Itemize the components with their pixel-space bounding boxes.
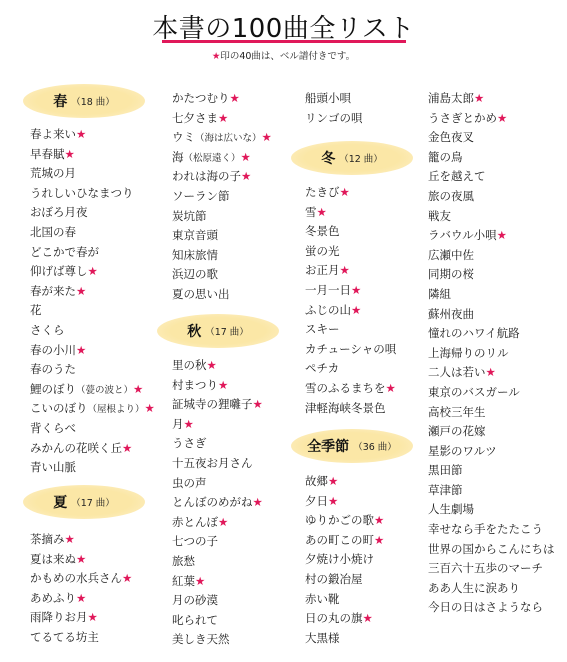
song-item: たきび★ [305,183,396,203]
star-icon: ★ [122,571,132,585]
song-list-autumn: 里の秋★村まつり★証城寺の狸囃子★月★うさぎ十五夜お月さん虫の声とんぼのめがね★… [172,356,263,650]
song-item: かたつむり★ [172,89,272,109]
song-title: 故郷 [305,474,328,488]
song-item: 十五夜お月さん [172,454,263,474]
song-item: 黒田節 [428,461,555,481]
song-item: 夏は来ぬ★ [30,550,132,570]
song-item: 蛍の光 [305,242,396,262]
song-item: 広瀬中佐 [428,246,555,266]
song-title: 鯉のぼり [30,382,76,396]
song-title: 東京音頭 [172,228,218,242]
song-title: 村の鍛冶屋 [305,572,363,586]
song-item: 春よ来い★ [30,125,155,145]
song-item: どこかで春が [30,243,155,263]
song-item: 蘇州夜曲 [428,305,555,325]
star-icon: ★ [195,574,205,588]
song-item: 荒城の月 [30,164,155,184]
song-list-autumn-cont: 船頭小唄リンゴの唄 [305,89,363,128]
song-title: かもめの水兵さん [30,571,122,585]
song-item: 青い山脈 [30,458,155,478]
song-title: おぼろ月夜 [30,205,88,219]
section-count: （18 曲） [71,94,115,108]
song-title: 高校三年生 [428,405,486,419]
song-item: 二人は若い★ [428,363,555,383]
song-item: さくら [30,321,155,341]
star-icon: ★ [328,494,338,508]
song-item: ソーラン節 [172,187,272,207]
song-item: ふじの山★ [305,301,396,321]
song-title: 黒田節 [428,463,463,477]
star-icon: ★ [76,343,86,357]
star-icon: ★ [241,169,251,183]
song-list-all-seasons-1: 故郷★夕日★ゆりかごの歌★あの町この町★夕焼け小焼け村の鍛冶屋赤い靴日の丸の旗★… [305,472,384,648]
song-title: 紅葉 [172,574,195,588]
star-icon: ★ [88,610,98,624]
song-item: 証城寺の狸囃子★ [172,395,263,415]
song-item: 仰げば尊し★ [30,262,155,282]
song-item: かもめの水兵さん★ [30,569,132,589]
song-item: 里の秋★ [172,356,263,376]
song-item: 人生劇場 [428,500,555,520]
song-title: 炭坑節 [172,209,207,223]
star-icon: ★ [474,91,484,105]
song-title: 広瀬中佐 [428,248,474,262]
song-item: あめふり★ [30,589,132,609]
song-title: 星影のワルツ [428,444,497,458]
star-icon: ★ [328,474,338,488]
song-title: 浜辺の歌 [172,267,218,281]
song-item: リンゴの唄 [305,109,363,129]
song-title: 美しき天然 [172,632,230,646]
star-icon: ★ [340,185,350,199]
song-title: うさぎ [172,436,207,450]
song-item: 津軽海峡冬景色 [305,399,396,419]
song-title: ああ人生に涙あり [428,581,520,595]
song-title: 旅愁 [172,554,195,568]
song-item: お正月★ [305,261,396,281]
song-title: 三百六十五歩のマーチ [428,561,543,575]
song-item: 夕焼け小焼け [305,550,384,570]
song-title: 知床旅情 [172,248,218,262]
song-title: うさぎとかめ [428,111,497,125]
song-item: 旅の夜風 [428,187,555,207]
legend-text: 印の40曲は、ベル譜付きです。 [220,51,355,62]
star-icon: ★ [133,382,143,396]
song-title: 背くらべ [30,421,76,435]
song-title: 雪のふるまちを [305,381,386,395]
star-icon: ★ [241,150,251,164]
song-title: 金色夜叉 [428,130,474,144]
star-icon: ★ [351,283,361,297]
song-title: 夕焼け小焼け [305,552,374,566]
song-title: 旅の夜風 [428,189,474,203]
song-title: 春よ来い [30,127,76,141]
section-count: （17 曲） [205,324,249,338]
song-title: 冬景色 [305,224,340,238]
song-item: 背くらべ [30,419,155,439]
song-title: 花 [30,303,42,317]
section-label: 春 [53,91,67,111]
section-badge-autumn: 秋（17 曲） [157,314,279,348]
song-title: 夏は来ぬ [30,552,76,566]
song-title: 東京のバスガール [428,385,520,399]
song-title: 春のうた [30,362,76,376]
song-title: 蘇州夜曲 [428,307,474,321]
song-title: ラバウル小唄 [428,228,497,242]
song-title: 一月一日 [305,283,351,297]
song-title: 雨降りお月 [30,610,88,624]
song-item: 月の砂漠 [172,591,263,611]
song-title: 叱られて [172,613,218,627]
song-item: 七夕さま★ [172,109,272,129]
song-title: 津軽海峡冬景色 [305,401,386,415]
song-item: あの町この町★ [305,531,384,551]
song-item: みかんの花咲く丘★ [30,439,155,459]
song-title: われは海の子 [172,169,241,183]
song-item: うれしいひなまつり [30,184,155,204]
song-item: おぼろ月夜 [30,203,155,223]
song-title: 赤とんぼ [172,515,218,529]
song-title: 月 [172,417,184,431]
song-title: うれしいひなまつり [30,186,134,200]
song-item: 春のうた [30,360,155,380]
song-title: お正月 [305,263,340,277]
song-item: 夏の思い出 [172,285,272,305]
section-badge-summer: 夏（17 曲） [23,485,145,519]
song-title: 浦島太郎 [428,91,474,105]
song-item: カチューシャの唄 [305,340,396,360]
song-item: とんぼのめがね★ [172,493,263,513]
song-title: 二人は若い [428,365,486,379]
star-icon: ★ [76,127,86,141]
song-item: うさぎとかめ★ [428,109,555,129]
song-title: 夏の思い出 [172,287,230,301]
song-item: 世界の国からこんにちは [428,540,555,560]
star-icon: ★ [317,205,327,219]
song-item: こいのぼり（屋根より）★ [30,399,155,419]
section-label: 夏 [53,492,67,512]
song-title: 丘を越えて [428,169,486,183]
song-title: 籠の鳥 [428,150,463,164]
song-item: 旅愁 [172,552,263,572]
song-title: リンゴの唄 [305,111,363,125]
song-item: 同期の桜 [428,265,555,285]
song-title: 七つの子 [172,534,218,548]
section-label: 全季節 [307,436,349,456]
star-icon: ★ [76,591,86,605]
song-item: 上海帰りのリル [428,344,555,364]
song-list-summer-1: 茶摘み★夏は来ぬ★かもめの水兵さん★あめふり★雨降りお月★てるてる坊主 [30,530,132,648]
song-item: 浦島太郎★ [428,89,555,109]
star-icon: ★ [218,111,228,125]
star-icon: ★ [65,532,75,546]
song-item: ペチカ [305,359,396,379]
song-title: 瀬戸の花嫁 [428,424,486,438]
song-list-all-seasons-2: 浦島太郎★うさぎとかめ★金色夜叉籠の鳥丘を越えて旅の夜風戦友ラバウル小唄★広瀬中… [428,89,555,618]
song-item: 戦友 [428,207,555,227]
song-item: ゆりかごの歌★ [305,511,384,531]
song-title: 夕日 [305,494,328,508]
song-item: 雪★ [305,203,396,223]
song-item: 瀬戸の花嫁 [428,422,555,442]
song-item: スキー [305,320,396,340]
star-icon: ★ [374,533,384,547]
star-icon: ★ [207,358,217,372]
song-item: 今日の日はさようなら [428,598,555,618]
song-title: 世界の国からこんにちは [428,542,555,556]
song-subtitle: （甍の波と） [76,385,133,396]
star-icon: ★ [351,303,361,317]
song-item: 幸せなら手をたたこう [428,520,555,540]
star-icon: ★ [230,91,240,105]
song-title: 証城寺の狸囃子 [172,397,253,411]
song-item: ラバウル小唄★ [428,226,555,246]
song-item: 草津節 [428,481,555,501]
song-item: 北国の春 [30,223,155,243]
song-item: 春の小川★ [30,341,155,361]
song-item: てるてる坊主 [30,628,132,648]
star-icon: ★ [374,513,384,527]
song-title: てるてる坊主 [30,630,99,644]
section-badge-all-seasons: 全季節（36 曲） [291,429,413,463]
section-count: （12 曲） [339,151,383,165]
star-icon: ★ [76,284,86,298]
song-item: 茶摘み★ [30,530,132,550]
song-title: ゆりかごの歌 [305,513,374,527]
section-label: 秋 [187,321,201,341]
song-subtitle: （海は広いな） [195,133,262,144]
song-title: 上海帰りのリル [428,346,509,360]
song-item: 東京音頭 [172,226,272,246]
song-item: 鯉のぼり（甍の波と）★ [30,380,155,400]
star-icon: ★ [145,401,155,415]
title-underline [162,40,406,43]
song-item: 故郷★ [305,472,384,492]
star-icon: ★ [218,378,228,392]
song-item: 夕日★ [305,492,384,512]
star-icon: ★ [122,441,132,455]
song-item: 丘を越えて [428,167,555,187]
song-title: とんぼのめがね [172,495,253,509]
song-title: 戦友 [428,209,451,223]
star-icon: ★ [497,111,507,125]
star-icon: ★ [253,397,263,411]
star-icon: ★ [88,264,98,278]
song-title: たきび [305,185,340,199]
song-title: 月の砂漠 [172,593,218,607]
song-item: 大黒様 [305,629,384,649]
song-title: 隣組 [428,287,451,301]
song-item: 金色夜叉 [428,128,555,148]
song-item: 海（松原遠く）★ [172,148,272,168]
song-item: 村の鍛冶屋 [305,570,384,590]
section-badge-winter: 冬（12 曲） [291,141,413,175]
song-title: 船頭小唄 [305,91,351,105]
star-icon: ★ [184,417,194,431]
section-count: （17 曲） [71,495,115,509]
song-item: 炭坑節 [172,207,272,227]
song-title: 七夕さま [172,111,218,125]
star-icon: ★ [76,552,86,566]
song-item: 雨降りお月★ [30,608,132,628]
song-title: 憧れのハワイ航路 [428,326,520,340]
song-title: こいのぼり [30,401,88,415]
song-item: 花 [30,301,155,321]
song-item: ウミ（海は広いな）★ [172,128,272,148]
song-title: ペチカ [305,361,339,375]
song-title: 蛍の光 [305,244,340,258]
song-item: 赤とんぼ★ [172,513,263,533]
song-title: 茶摘み [30,532,65,546]
star-icon: ★ [218,515,228,529]
song-title: カチューシャの唄 [305,342,396,356]
song-title: 青い山脈 [30,460,76,474]
song-item: 船頭小唄 [305,89,363,109]
song-title: ソーラン節 [172,189,230,203]
star-icon: ★ [65,147,75,161]
section-label: 冬 [321,148,335,168]
song-title: 仰げば尊し [30,264,88,278]
star-legend-note: ★印の40曲は、ベル譜付きです。 [0,48,567,62]
star-icon: ★ [363,611,373,625]
song-item: 東京のバスガール [428,383,555,403]
song-item: 三百六十五歩のマーチ [428,559,555,579]
song-title: 海 [172,150,184,164]
song-item: われは海の子★ [172,167,272,187]
song-title: ふじの山 [305,303,351,317]
song-title: スキー [305,322,340,336]
section-badge-spring: 春（18 曲） [23,84,145,118]
star-icon: ★ [262,130,272,144]
song-title: どこかで春が [30,245,99,259]
star-icon: ★ [497,228,507,242]
song-item: 七つの子 [172,532,263,552]
song-item: 星影のワルツ [428,442,555,462]
song-title: 雪 [305,205,317,219]
song-title: 大黒様 [305,631,340,645]
song-title: あめふり [30,591,76,605]
song-list-winter: たきび★雪★冬景色蛍の光お正月★一月一日★ふじの山★スキーカチューシャの唄ペチカ… [305,183,396,418]
song-item: 高校三年生 [428,403,555,423]
song-title: 十五夜お月さん [172,456,253,470]
song-title: 荒城の月 [30,166,76,180]
song-item: 籠の鳥 [428,148,555,168]
song-list-spring: 春よ来い★早春賦★荒城の月うれしいひなまつりおぼろ月夜北国の春どこかで春が仰げば… [30,125,155,478]
song-item: 春が来た★ [30,282,155,302]
star-icon: ★ [253,495,263,509]
song-title: 赤い靴 [305,592,340,606]
song-title: 日の丸の旗 [305,611,363,625]
song-item: 虫の声 [172,474,263,494]
song-title: かたつむり [172,91,230,105]
song-item: 美しき天然 [172,630,263,650]
song-item: 早春賦★ [30,145,155,165]
star-icon: ★ [340,263,350,277]
song-title: 今日の日はさようなら [428,600,543,614]
song-title: みかんの花咲く丘 [30,441,122,455]
song-title: 春の小川 [30,343,76,357]
song-item: 浜辺の歌 [172,265,272,285]
song-item: 隣組 [428,285,555,305]
star-icon: ★ [386,381,396,395]
song-title: あの町この町 [305,533,374,547]
song-item: 叱られて [172,611,263,631]
star-icon: ★ [486,365,496,379]
song-title: 同期の桜 [428,267,474,281]
song-item: ああ人生に涙あり [428,579,555,599]
song-title: さくら [30,323,65,337]
song-list-summer-2: かたつむり★七夕さま★ウミ（海は広いな）★海（松原遠く）★われは海の子★ソーラン… [172,89,272,305]
song-title: 虫の声 [172,476,207,490]
song-item: 知床旅情 [172,246,272,266]
song-item: 一月一日★ [305,281,396,301]
song-title: 村まつり [172,378,218,392]
song-title: 草津節 [428,483,463,497]
song-title: 幸せなら手をたたこう [428,522,543,536]
song-item: 紅葉★ [172,572,263,592]
song-item: うさぎ [172,434,263,454]
song-title: 里の秋 [172,358,207,372]
song-item: 日の丸の旗★ [305,609,384,629]
song-subtitle: （屋根より） [88,404,145,415]
song-title: ウミ [172,130,195,144]
song-item: 村まつり★ [172,376,263,396]
song-item: 赤い靴 [305,590,384,610]
song-title: 北国の春 [30,225,76,239]
song-title: 人生劇場 [428,502,474,516]
song-title: 早春賦 [30,147,65,161]
song-item: 冬景色 [305,222,396,242]
song-item: 月★ [172,415,263,435]
song-item: 雪のふるまちを★ [305,379,396,399]
song-title: 春が来た [30,284,76,298]
song-item: 憧れのハワイ航路 [428,324,555,344]
section-count: （36 曲） [353,439,397,453]
song-subtitle: （松原遠く） [184,153,241,164]
